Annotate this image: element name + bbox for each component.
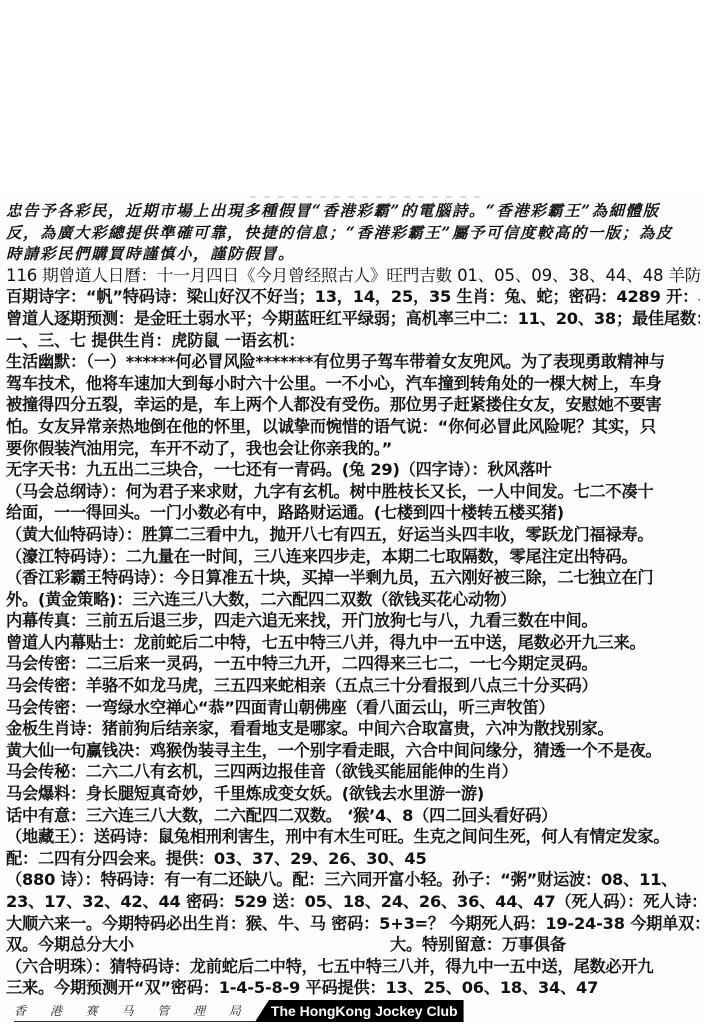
text-line: 配：二四有分四会来。提供：03、37、29、26、30、45 — [6, 848, 700, 870]
text-line: 金板生肖诗：猪前狗后结亲家，看看地支是哪家。中间六合取富贵，六冲为散找别家。 — [6, 718, 700, 740]
text-line: 马会传密：羊骆不如龙马虎，三五四来蛇相亲（五点三十分看报到八点三十分买码） — [6, 675, 700, 697]
text-line: 马会爆料：身长腿短真奇妙，千里炼成变女妖。(欲钱去水里游一游) — [6, 783, 700, 805]
text-line-split: 双。今期总分大小大。特别留意：万事俱备 — [6, 934, 700, 956]
faint-divider — [250, 196, 480, 198]
text-line: 黄大仙一句赢钱决：鸡猴伪装寻主生，一个别字看走眼，六合中间问缘分，猜透一个不是夜… — [6, 740, 700, 762]
calendar-line: 116 期曾道人日曆：十一月四日《今月曾经照古人》旺門吉數 01、05、09、3… — [6, 265, 700, 287]
text-line: 无字天书：九五出二三块合，一七还有一青码。(兔 29)（四字诗）：秋风落叶 — [6, 459, 700, 481]
article-body: 忠告予各彩民，近期市場上出現多種假冒“香港彩霸”的電腦詩。“香港彩霸王”為細體版… — [6, 200, 700, 999]
humor-line: 驾车技术，他将车速加大到每小时六十公里。一不小心，汽车撞到转角处的一棵大树上，车… — [6, 373, 700, 395]
text-line: （香江彩霸王特码诗）：今日算准五十块，买掉一半剩九员，五六刚好被三除，二七独立在… — [6, 567, 700, 589]
text-line: 百期诗字：“帆”特码诗：梁山好汉不好当；13，14，25，35 生肖：兔、蛇；密… — [6, 286, 700, 308]
jockey-club-logo: 香 港 赛 马 管 理 局 The HongKong Jockey Club — [14, 1000, 464, 1022]
text-line: 马会传秘：二六二八有玄机，三四两边报佳音（欲钱买能屈能伸的生肖） — [6, 761, 700, 783]
logo-chinese-text: 香 港 赛 马 管 理 局 — [14, 1000, 255, 1022]
text-line: 大顺六来一。今期特码必出生肖：猴、牛、马 密码：5+3=？ 今期死人码：19-2… — [6, 913, 700, 935]
intro-line: 時請彩民們購買時謹慎小，謹防假冒。 — [6, 243, 700, 265]
text-line: 三来。今期预测开“双”密码：1-4-5-8-9 平码提供：13、25、06、18… — [6, 977, 700, 999]
humor-line: 生活幽默：（一）******何必冒风险*******有位男子驾车带着女友兜风。为… — [6, 351, 700, 373]
blank-header-area — [0, 0, 704, 196]
text-line: 23、17、32、42、44 密码：529 送：05、18、24、26、36、4… — [6, 891, 700, 913]
text-line-left: 双。今期总分大小 — [6, 934, 390, 956]
text-line: 内幕传真：三前五后退三步，四走六追无来找，开门放狗七与八，九看三数在中间。 — [6, 610, 700, 632]
text-line: 给面，一一得回头。一门小数必有中，路路财运通。(七楼到四十楼转五楼买猪) — [6, 502, 700, 524]
text-line: （地藏王）：送码诗：鼠兔相刑利害生，刑中有木生可旺。生克之间问生死，何人有情定发… — [6, 826, 700, 848]
humor-line: 要你假装汽油用完，车开不动了，我也会让你亲我的。” — [6, 438, 700, 460]
text-line: 曾道人内幕贴士：龙前蛇后二中特，七五中特三八并，得九中一五中送，尾数必开九三来。 — [6, 632, 700, 654]
intro-line: 反，為廣大彩總提供準確可靠，快捷的信息；“香港彩霸王”屬予可信度較高的一版；為皮 — [6, 222, 700, 244]
text-line: （马会总纲诗）：何为君子来求财，九字有玄机。树中胜枝长又长，一人中间发。七二不凑… — [6, 481, 700, 503]
text-line: 马会传密：一弯绿水空禅心“恭”四面青山朝佛座（看八面云山，听三声牧笛） — [6, 697, 700, 719]
intro-line: 忠告予各彩民，近期市場上出現多種假冒“香港彩霸”的電腦詩。“香港彩霸王”為細體版 — [6, 200, 700, 222]
humor-line: 被撞得四分五裂，幸运的是，车上两个人都没有受伤。那位男子赶紧搂住女友，安慰她不要… — [6, 394, 700, 416]
logo-english-text: The HongKong Jockey Club — [255, 1000, 464, 1022]
text-line-right: 大。特别留意：万事俱备 — [390, 935, 566, 954]
text-line: 马会传密：二三后来一灵码，一五中特三九开，二四得来三七二，一七今期定灵码。 — [6, 653, 700, 675]
text-line: （黄大仙特码诗）：胜算二三看中九，抛开八七有四五，好运当头四丰收，零跃龙门福禄寿… — [6, 524, 700, 546]
text-line: （880 诗）：特码诗：有一有二还缺八。配：三六同开富小轻。孙子：“粥”财运波：… — [6, 869, 700, 891]
text-line: （六合明珠）：猜特码诗：龙前蛇后二中特，七五中特三八并，得九中一五中送，尾数必开… — [6, 956, 700, 978]
text-line: 一、三、七 提供生肖：虎防鼠 一语玄机： — [6, 330, 700, 352]
humor-line: 怕。女友异常亲热地倒在他的怀里，以诚挚而惋惜的语气说：“你何必冒此风险呢？其实，… — [6, 416, 700, 438]
text-line: （濠江特码诗）：二九量在一时间，三八连来四步走，本期二七取隔数，零尾注定出特码。 — [6, 546, 700, 568]
text-line: 外。(黄金策略)：三六连三八大数，二六配四二双数（欲钱买花心动物） — [6, 589, 700, 611]
text-line: 话中有意：三六连三八大数，二六配四二双数。 ‘猴’4、8（四二回头看好码） — [6, 805, 700, 827]
document-page: 忠告予各彩民，近期市場上出現多種假冒“香港彩霸”的電腦詩。“香港彩霸王”為細體版… — [0, 0, 704, 1024]
text-line: 曾道人逐期预测：是金旺土弱水平；今期蓝旺红平绿弱；高机率三中二：11、20、38… — [6, 308, 700, 330]
